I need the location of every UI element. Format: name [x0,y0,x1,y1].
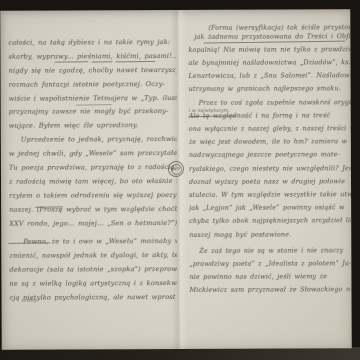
manuscript-line: ona wyłącznie z naszej gleby, z naszej t… [189,122,351,136]
manuscript-line: Mickiewicz sam przyznawał że Słowackiego… [189,283,351,297]
manuscript-line: z radością mówię tam więcej, bo oto właś… [9,175,177,190]
manuscript-line: jak „Legjon” jak „Wesele” powinny osiąść… [189,201,351,215]
manuscript-line: Przez to coś zgoła zupełnie nawskroś ory… [189,96,351,110]
manuscript-line: ale bynajmniej naśladownictwa „Dziadów”,… [188,56,350,70]
manuscript-line: nadzwyczajnego jeszcze poetycznego mate- [189,149,351,163]
manuscript-line: naszej. (Proszę wybrać w tym względzie c… [9,203,177,218]
manuscript-line: naszej mogą być postawione. [189,228,351,242]
manuscript-line: rozmach fantazyi istotnie poetycznej. Oc… [9,78,177,93]
manuscript-line: wujące. Byłem więc źle uprzedzony. [9,119,177,134]
manuscript-line: nigdy się nie zgodzę, choćby nawet towar… [8,64,176,79]
manuscript-line: „prawdziwy poeta” z „Idealista z polotem… [189,257,351,271]
library-stamp-inner-ring: BUW [170,163,182,175]
library-stamp-text: BUW [171,166,181,171]
manuscript-scan: całości, na taką dybiesz i na takie rymy… [0,0,360,360]
manuscript-line: nie powinno nas dziwić, jeśli wiemy że [189,270,351,284]
manuscript-line: że więc jest dowodem, ile to hm? zamiera… [189,135,351,149]
manuscript-line: Tu poezja prawdziwa, przyznaję to z rado… [9,161,177,176]
manuscript-line: XXV rondo, jego... mojej... „Sen o hetma… [9,217,177,232]
manuscript-line: stulecia. W tym względzie wszystkie taki… [189,188,351,202]
interlinear-insertion: i w największym, [189,109,230,114]
interlinear-insertion: ścisłej [22,299,37,304]
manuscript-line: Że zaś tego nie są w stanie i nie znaczy [189,244,351,258]
manuscript-line: ryalskiego, czego niestety nie uwzględni… [189,162,351,176]
manuscript-line: rzyłem o takiem odrodzeniu się wyższej p… [9,189,177,204]
manuscript-line: Lenartowicza, lub z „Snu Salomei”. Naśla… [189,69,351,83]
manuscript-line: chyba tylko obok najpiękniejszych arcydz… [189,215,351,229]
paper-sheet: całości, na taką dybiesz i na takie rymy… [0,9,351,350]
manuscript-line: utrzymany w granicach najlepszego smaku. [189,83,351,97]
manuscript-line: w jednej chwili, gdy „Wesele” sam przecz… [9,147,177,162]
manuscript-line: kopalnią! Nie mówię tam nie tylko z praw… [188,43,350,57]
manuscript-line: dekoracje (sala ta istotnie „szopka”) pr… [9,263,177,278]
right-page: (Forma (wersyfikacja) tak ściśle przysto… [186,9,351,349]
manuscript-line: całości, na taką dybiesz i na takie rymy… [8,36,176,51]
manuscript-line: przyznajmy zawsze nie mogły być przekony… [9,105,177,120]
manuscript-line: doznał wyższy poeta nasz w drugiej połow… [189,175,351,189]
manuscript-line: zmienić, nawspół jednak te dyalogi, te a… [9,249,177,264]
manuscript-line: ne są z wielką logiką artystyczną i z ko… [9,277,177,292]
manuscript-line: Uprzedzenie to jednak, przyznaję, rozchw… [9,133,177,148]
